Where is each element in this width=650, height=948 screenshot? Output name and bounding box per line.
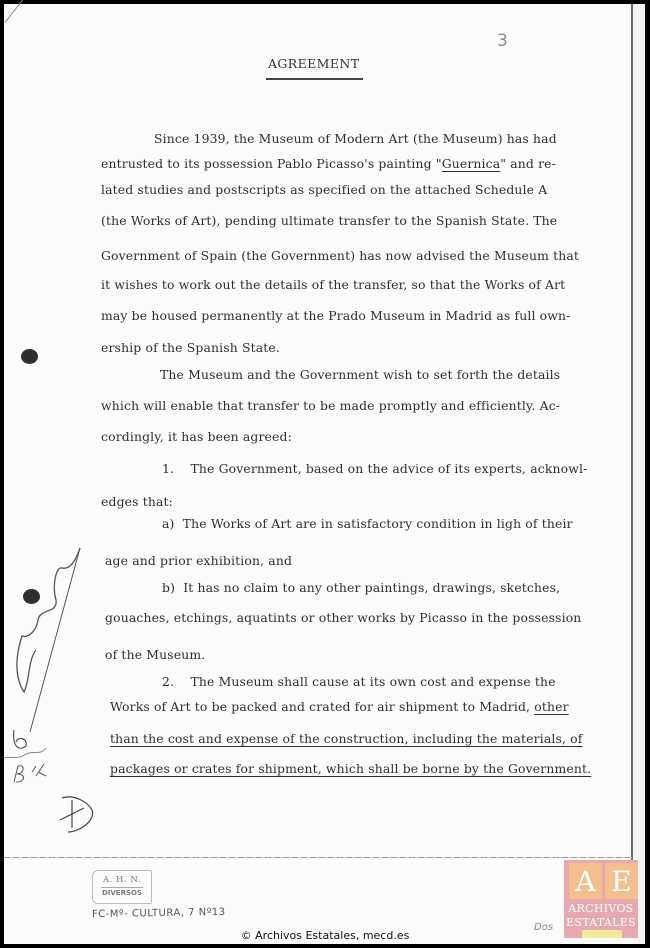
archive-reference: FC-Mº- CULTURA, 7 Nº13 [92,907,226,920]
logo-letters: A E [569,863,638,899]
logo-line-2: ESTATALES [564,916,638,929]
underlined-title: Guernica [442,156,501,171]
logo-line-1: ARCHIVOS [564,902,638,915]
text-line: edges that: [101,494,173,509]
text-line: cordingly, it has been agreed: [101,429,292,444]
underlined-text: packages or crates for shipment, which s… [110,761,591,776]
text-span: " and re- [500,156,556,171]
stamp-top-text: A. H. N. [93,875,151,885]
underlined-text: other [534,699,568,714]
text-line: Government of Spain (the Government) has… [101,248,579,263]
text-line: packages or crates for shipment, which s… [110,761,591,776]
archive-stamp: A. H. N. DIVERSOS [92,870,152,904]
text-line: Works of Art to be packed and crated for… [110,699,569,714]
archivos-estatales-logo: A E ARCHIVOS ESTATALES [564,860,638,938]
title-underline [266,78,363,80]
text-span: Works of Art to be packed and crated for… [110,699,534,714]
text-line: entrusted to its possession Pablo Picass… [101,156,556,171]
text-line: ership of the Spanish State. [101,340,280,355]
punch-hole [21,349,38,364]
text-line: 1. The Government, based on the advice o… [162,461,587,476]
text-line: gouaches, etchings, aquatints or other w… [105,610,581,625]
document-title: AGREEMENT [268,56,359,71]
text-line: of the Museum. [105,647,205,662]
logo-letter-e: E [605,863,638,899]
scan-edge [633,4,645,944]
text-line: lated studies and postscripts as specifi… [101,182,547,197]
logo-letter-a: A [569,863,602,899]
page-edge-rule [631,4,633,864]
text-line: 2. The Museum shall cause at its own cos… [162,674,556,689]
text-line: Since 1939, the Museum of Modern Art (th… [154,131,557,146]
text-line: than the cost and expense of the constru… [110,731,583,746]
fold-line [4,857,632,858]
underlined-text: than the cost and expense of the constru… [110,731,583,746]
margin-scribble-icon [0,520,100,840]
page-number: 3 [497,31,508,51]
stamp-bottom-text: DIVERSOS [101,887,143,897]
text-line: it wishes to work out the details of the… [101,277,565,292]
text-line: a) The Works of Art are in satisfactory … [162,516,573,531]
text-line: which will enable that transfer to be ma… [101,398,560,413]
copyright-footer: © Archivos Estatales, mecd.es [0,929,650,942]
text-line: b) It has no claim to any other painting… [162,580,560,595]
text-line: age and prior exhibition, and [105,553,292,568]
text-line: The Museum and the Government wish to se… [160,367,560,382]
text-line: (the Works of Art), pending ultimate tra… [101,213,557,228]
text-line: may be housed permanently at the Prado M… [101,308,571,323]
text-span: entrusted to its possession Pablo Picass… [101,156,442,171]
